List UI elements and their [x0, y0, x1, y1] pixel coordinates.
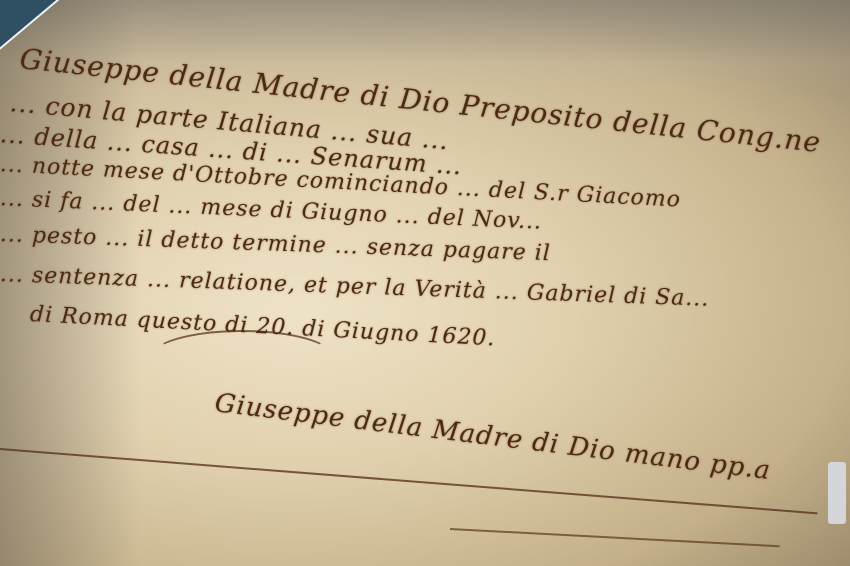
paper-edge-tab [828, 462, 846, 524]
ink-flourish [150, 330, 334, 384]
